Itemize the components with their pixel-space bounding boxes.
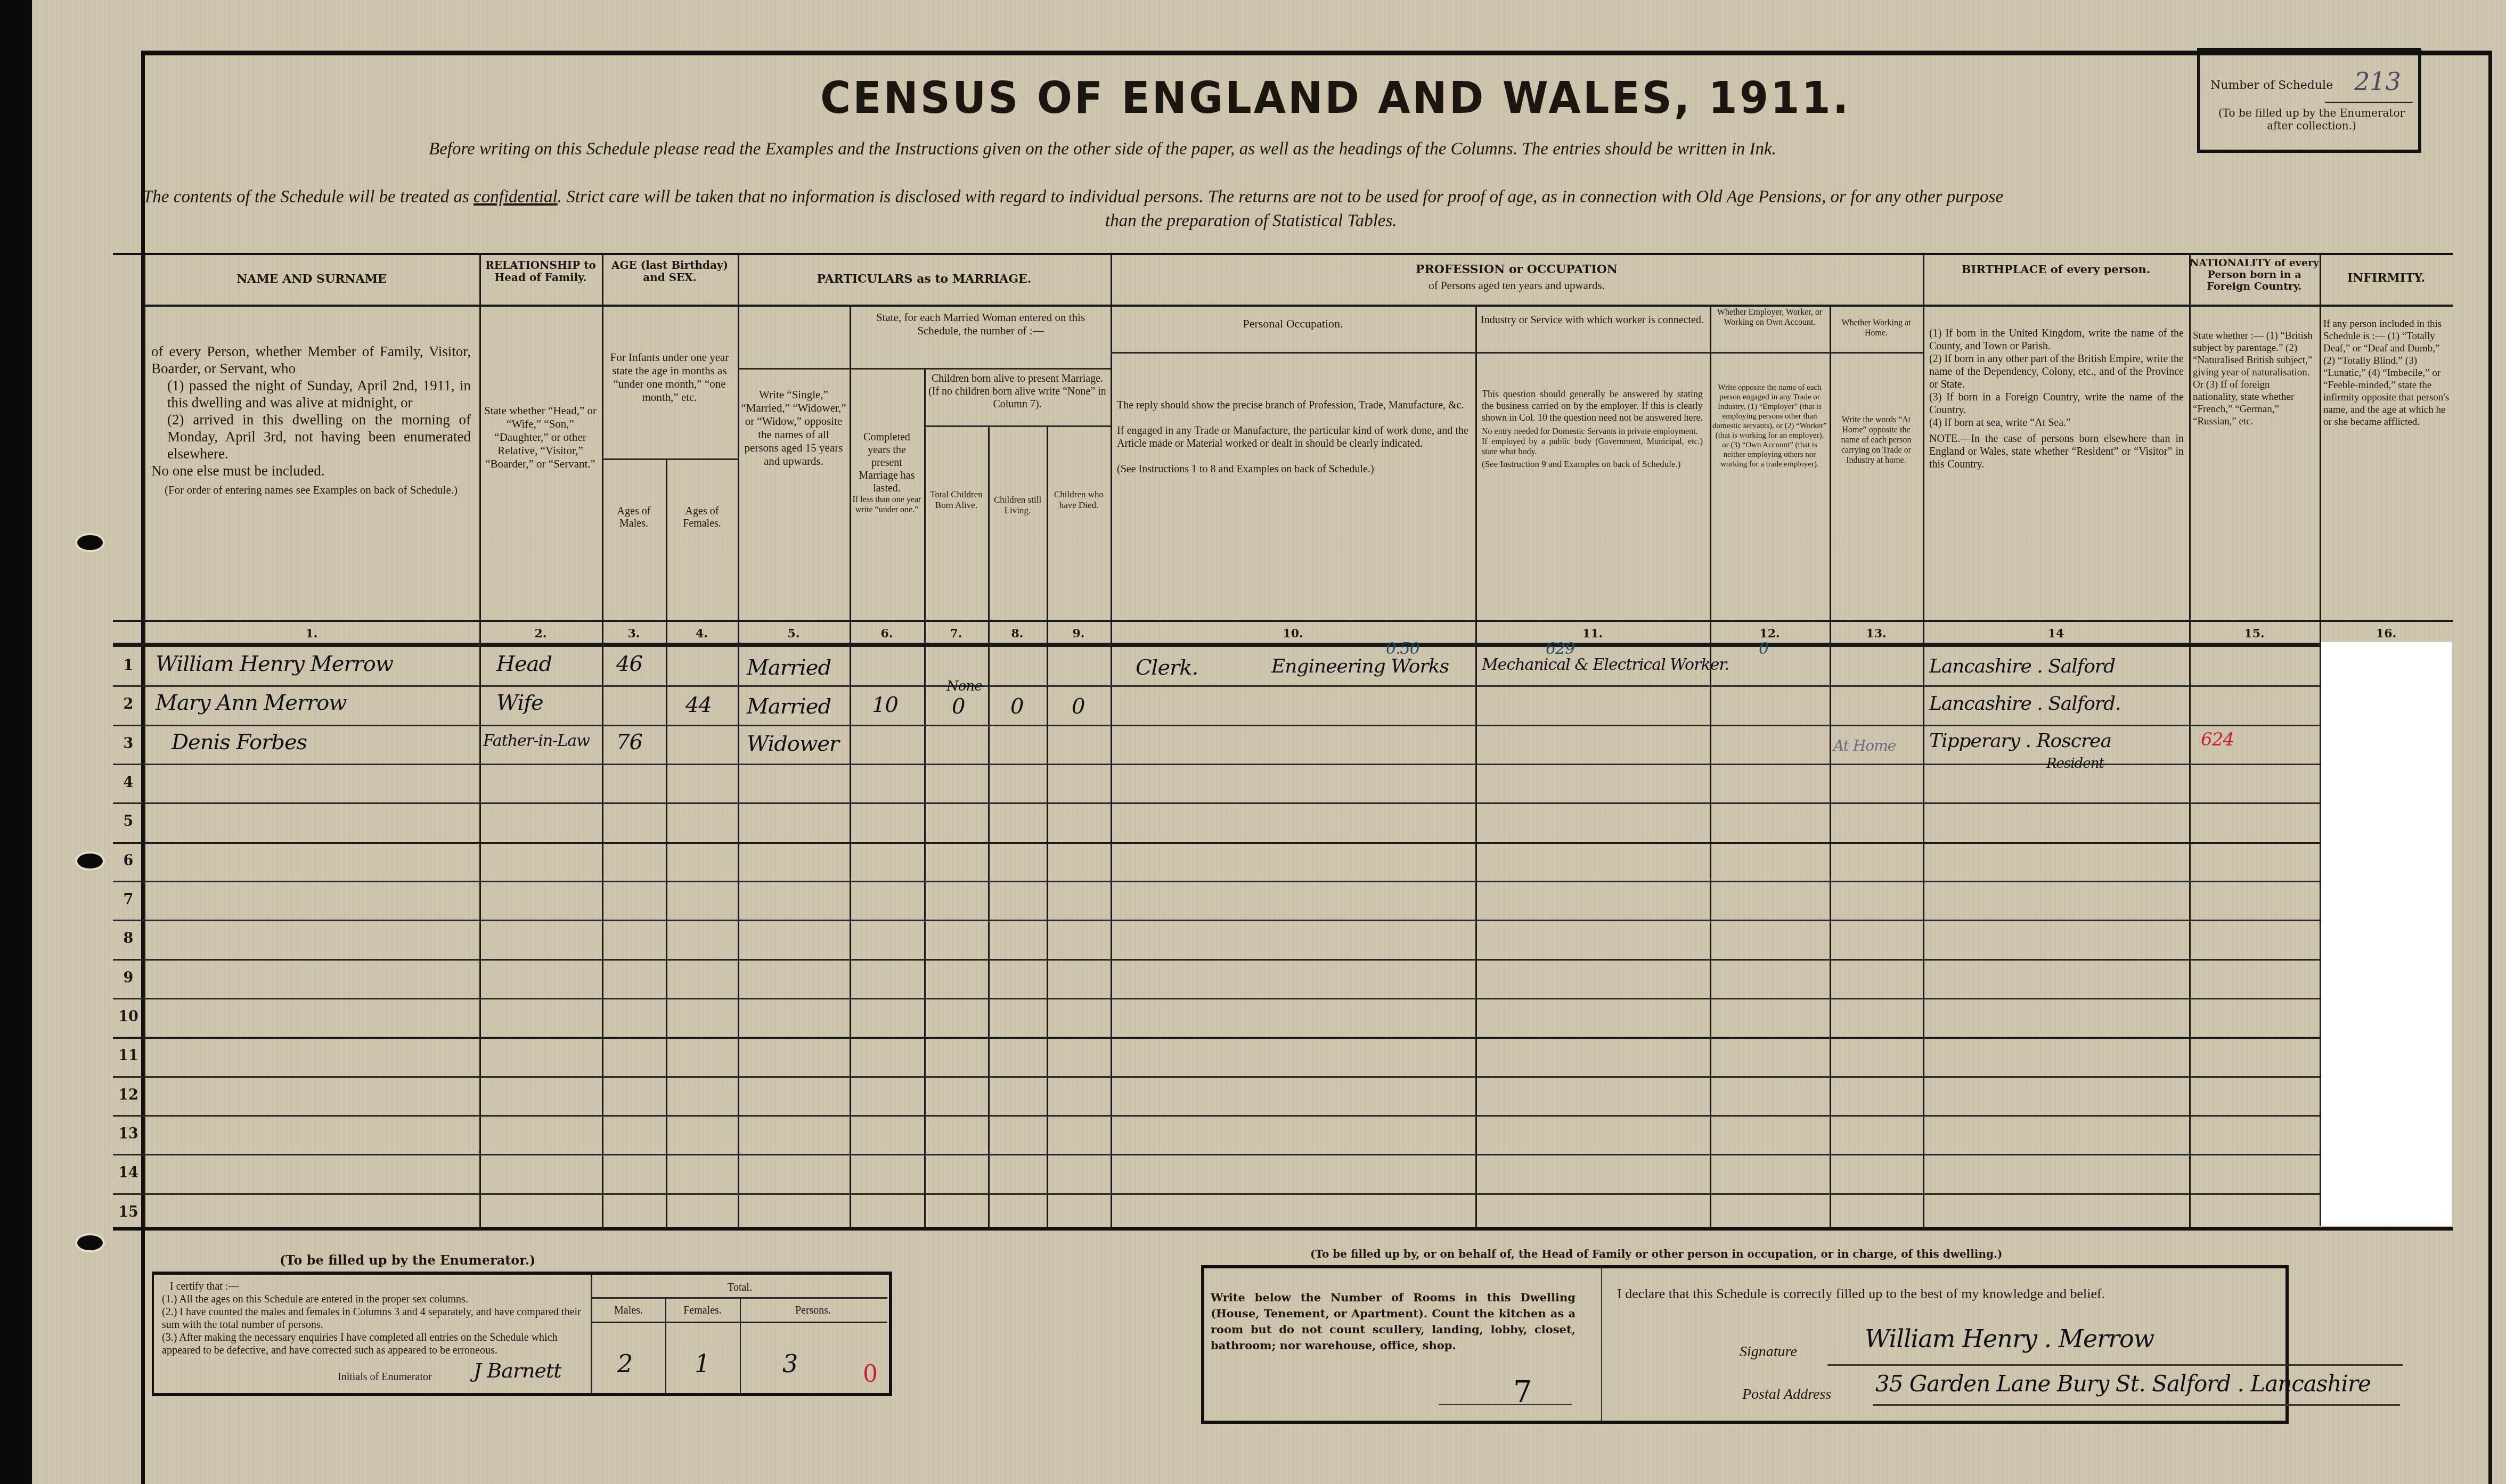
cell-relationship[interactable]: Wife: [496, 691, 543, 715]
divider: [738, 255, 739, 1227]
col1-item2: (2) arrived in this dwelling on the morn…: [151, 411, 471, 462]
intro-text: The contents of the Schedule will be tre…: [143, 187, 474, 207]
col14-instructions: (1) If born in the United Kingdom, write…: [1929, 327, 2184, 471]
col14-note: NOTE.—In the case of persons born elsewh…: [1929, 432, 2184, 471]
row-divider: [113, 1154, 2320, 1155]
persons-label: Persons.: [740, 1304, 886, 1317]
col10-body3: (See Instructions 1 to 8 and Examples on…: [1117, 463, 1468, 475]
enumerator-caption: (To be filled up by the Enumerator.): [280, 1252, 535, 1268]
col11-instructions: This question should generally be answer…: [1482, 388, 1703, 470]
divider: [988, 425, 990, 1227]
header-marriage: PARTICULARS as to MARRIAGE.: [738, 272, 1111, 286]
enumerator-box: I certify that :— (1.) All the ages on t…: [152, 1272, 892, 1396]
col1-body: of every Person, whether Member of Famil…: [151, 343, 471, 377]
column-number: 12.: [1710, 627, 1830, 641]
col10-title: Personal Occupation.: [1111, 316, 1475, 331]
col10-instructions: The reply should show the precise branch…: [1117, 399, 1468, 475]
schedule-number-note: (To be filled up by the Enumerator after…: [2208, 106, 2415, 132]
divider: [1830, 306, 1831, 1227]
head-of-family-box: Write below the Number of Rooms in this …: [1201, 1265, 2289, 1424]
signature[interactable]: William Henry . Merrow: [1865, 1324, 2154, 1353]
header-divider: [602, 458, 738, 460]
cell-marriage[interactable]: Married: [747, 694, 831, 719]
row-number: 15: [113, 1204, 144, 1220]
header-infirmity: INFIRMITY.: [2320, 271, 2453, 285]
married-woman-instructions: State, for each Married Woman entered on…: [853, 311, 1108, 338]
header-divider: [924, 425, 1111, 427]
cell-marriage[interactable]: Married: [747, 655, 831, 680]
header-name-surname: NAME AND SURNAME: [144, 272, 479, 286]
col4-sub: Ages of Females.: [667, 505, 737, 530]
total-persons[interactable]: 3: [782, 1349, 797, 1378]
row-number: 12: [113, 1087, 144, 1103]
cell-birthplace[interactable]: Tipperary . Roscrea: [1929, 730, 2111, 752]
col14-body1: (1) If born in the United Kingdom, write…: [1929, 327, 2184, 352]
col13-title: Whether Working at Home.: [1832, 318, 1920, 338]
cell-industry[interactable]: Engineering Works: [1271, 655, 1449, 677]
col3-sub: Ages of Males.: [603, 505, 664, 530]
col13-instructions: Write the words “At Home” opposite the n…: [1832, 415, 1920, 465]
signature-line: [1827, 1364, 2403, 1366]
row-number: 8: [113, 930, 144, 947]
row-divider: [113, 685, 2320, 687]
row-divider: [113, 881, 2320, 882]
cell-birthplace[interactable]: Lancashire . Salford: [1929, 655, 2115, 677]
col10-body1: The reply should show the precise branch…: [1117, 399, 1468, 412]
col9-instructions: Children who have Died.: [1048, 489, 1109, 511]
column-number: 8.: [988, 627, 1047, 641]
col7-instructions: Total Children Born Alive.: [926, 489, 987, 511]
col14-body2: (2) If born in any other part of the Bri…: [1929, 352, 2184, 391]
header-occupation: PROFESSION or OCCUPATION: [1111, 263, 1923, 276]
age-instructions: For Infants under one year state the age…: [606, 351, 733, 404]
cell-birthplace[interactable]: Lancashire . Salford.: [1929, 693, 2121, 715]
address-label: Postal Address: [1742, 1388, 1831, 1401]
intro-text: . Strict care will be taken that no info…: [558, 187, 2003, 207]
col5-instructions: Write “Single,” “Married,” “Widower,” or…: [740, 388, 847, 468]
cell-age-male[interactable]: 46: [616, 652, 642, 676]
cell-age-female[interactable]: 44: [685, 693, 712, 717]
row-divider: [113, 1193, 2320, 1195]
page-title: CENSUS OF ENGLAND AND WALES, 1911.: [820, 73, 1850, 124]
col14-body4: (4) If born at sea, write “At Sea.”: [1929, 416, 2184, 429]
row-number: 9: [113, 970, 144, 986]
intro-line-2: The contents of the Schedule will be tre…: [143, 187, 2003, 207]
divider: [1111, 255, 1112, 1227]
certify-item3: (3.) After making the necessary enquirie…: [162, 1331, 585, 1357]
column-number: 6.: [850, 627, 924, 641]
row-number: 4: [113, 774, 144, 791]
certify-item2: (2.) I have counted the males and female…: [162, 1306, 585, 1331]
divider: [1475, 306, 1477, 1227]
row-number: 13: [113, 1126, 144, 1142]
header-divider: [738, 368, 1111, 370]
enumerator-initials[interactable]: J Barnett: [474, 1359, 561, 1382]
column-number: 3.: [602, 627, 666, 641]
col2-instructions: State whether “Head,” or “Wife,” “Son,” …: [483, 404, 598, 471]
cell-children-living[interactable]: 0: [1010, 694, 1023, 719]
cell-name[interactable]: Mary Ann Merrow: [156, 691, 347, 715]
cell-age-male[interactable]: 76: [616, 730, 642, 755]
column-number: 10.: [1111, 627, 1475, 641]
header-divider: [1111, 352, 1923, 354]
row-number: 2: [113, 696, 144, 712]
row-divider: [113, 802, 2320, 804]
females-label: Females.: [665, 1304, 740, 1317]
intro-line-3: than the preparation of Statistical Tabl…: [1105, 211, 1397, 231]
punch-hole: [77, 1235, 103, 1250]
col6-note: If less than one year write “under one.”: [851, 495, 923, 515]
col14-body3: (3) If born in a Foreign Country, write …: [1929, 391, 2184, 416]
col8-instructions: Children still Living.: [990, 495, 1046, 516]
redaction-box: [2320, 642, 2452, 1226]
row-number: 14: [113, 1165, 144, 1181]
column-number: 5.: [738, 627, 850, 641]
punch-hole: [77, 854, 103, 868]
column-number: 7.: [924, 627, 988, 641]
col11-body4: (See Instruction 9 and Examples on back …: [1482, 459, 1703, 470]
confidential-word: confidential: [474, 187, 558, 207]
col12-title: Whether Employer, Worker, or Working on …: [1712, 307, 1827, 327]
header-divider: [144, 305, 2453, 307]
col11-body2: No entry needed for Domestic Servants in…: [1482, 427, 1703, 437]
header-age: AGE (last Birthday) and SEX.: [602, 259, 738, 284]
cell-industry-code: 0.50: [1386, 639, 1419, 658]
column-number: 1.: [144, 627, 479, 641]
col12-instructions: Write opposite the name of each person e…: [1712, 383, 1827, 469]
column-number: 4.: [666, 627, 738, 641]
header-nationality: NATIONALITY of every Person born in a Fo…: [2189, 257, 2320, 292]
col1-note: No one else must be included.: [151, 462, 471, 479]
males-label: Males.: [592, 1304, 665, 1317]
punch-hole: [77, 535, 103, 550]
signature-label: Signature: [1740, 1346, 1797, 1358]
row-number: 10: [113, 1009, 144, 1025]
enumerator-certify: I certify that :— (1.) All the ages on t…: [162, 1280, 585, 1357]
column-number: 9.: [1047, 627, 1111, 641]
col6-body: Completed years the present Marriage has…: [851, 431, 923, 495]
schedule-number-label: Number of Schedule: [2210, 79, 2333, 92]
column-number: 11.: [1475, 627, 1710, 641]
row-divider: [113, 959, 2320, 961]
row-divider: [113, 1037, 2320, 1039]
cell-employer-code: 629: [1546, 639, 1574, 658]
divider: [1710, 306, 1711, 1227]
cell-name[interactable]: Denis Forbes: [172, 730, 307, 755]
row-divider: [113, 1115, 2320, 1117]
rooms-instruction: Write below the Number of Rooms in this …: [1211, 1290, 1576, 1354]
divider: [592, 1322, 887, 1323]
postal-address[interactable]: 35 Garden Lane Bury St. Salford . Lancas…: [1875, 1371, 2371, 1397]
schedule-number-box: Number of Schedule 213 (To be filled up …: [2197, 48, 2421, 153]
cell-employer-status[interactable]: Mechanical & Electrical Worker.: [1482, 655, 1729, 674]
certify-item1: (1.) All the ages on this Schedule are e…: [162, 1293, 585, 1306]
cell-relationship[interactable]: Father-in-Law: [483, 732, 590, 750]
header-divider: [113, 643, 2320, 647]
cell-marriage[interactable]: Widower: [747, 732, 839, 756]
row-number: 5: [113, 813, 144, 830]
cell-years-married[interactable]: 10: [872, 693, 898, 717]
schedule-number-line: [2325, 102, 2413, 103]
col11-title: Industry or Service with which worker is…: [1479, 314, 1705, 326]
col15-instructions: State whether :— (1) “British subject by…: [2193, 330, 2316, 428]
row-number: 6: [113, 852, 144, 869]
schedule-number-value[interactable]: 213: [2354, 67, 2401, 96]
initials-label: Initials of Enumerator: [338, 1371, 432, 1383]
col1-instructions: of every Person, whether Member of Famil…: [151, 343, 471, 496]
divider: [2320, 255, 2321, 644]
divider: [2189, 255, 2191, 1227]
red-code-mark: 624: [2201, 729, 2234, 750]
row-number: 11: [113, 1047, 144, 1064]
col1-order: (For order of entering names see Example…: [151, 483, 471, 496]
col11-body3: If employed by a public body (Government…: [1482, 437, 1703, 457]
red-mark: 0: [863, 1360, 877, 1388]
intro-line-1: Before writing on this Schedule please r…: [429, 140, 1776, 159]
cell-children-born[interactable]: 0: [952, 694, 965, 719]
head-caption: (To be filled up by, or on behalf of, th…: [1310, 1248, 2002, 1260]
row-divider: [113, 1076, 2320, 1078]
col6-instructions: Completed years the present Marriage has…: [851, 431, 923, 515]
column-number: 16.: [2320, 627, 2453, 641]
cell-occupation[interactable]: Clerk.: [1136, 655, 1198, 680]
column-number: 14: [1923, 627, 2189, 641]
census-table: NAME AND SURNAME RELATIONSHIP to Head of…: [113, 253, 2453, 1231]
divider: [1601, 1268, 1602, 1421]
divider: [602, 255, 603, 1227]
cell-worker-code: 0: [1759, 639, 1768, 658]
header-divider: [113, 620, 2453, 622]
row-number: 3: [113, 735, 144, 752]
declaration-text: I declare that this Schedule is correctl…: [1617, 1288, 2105, 1300]
column-number: 13.: [1830, 627, 1923, 641]
col1-item1: (1) passed the night of Sunday, April 2n…: [151, 377, 471, 411]
row-divider: [113, 764, 2320, 765]
cell-children-died[interactable]: 0: [1072, 694, 1084, 719]
cell-at-home[interactable]: At Home: [1833, 737, 1896, 755]
row-divider: [113, 725, 2320, 726]
row-divider: [113, 920, 2320, 921]
row-divider: [113, 842, 2320, 844]
divider: [1923, 255, 1924, 1227]
total-label: Total.: [591, 1281, 889, 1294]
column-number: 15.: [2189, 627, 2320, 641]
col11-body1: This question should generally be answer…: [1482, 388, 1703, 423]
children-instructions: Children born alive to present Marriage.…: [927, 372, 1108, 411]
cell-birthplace-note: Resident: [2046, 756, 2104, 772]
certify-heading: I certify that :—: [162, 1280, 585, 1293]
total-females[interactable]: 1: [695, 1349, 709, 1378]
divider: [144, 255, 145, 1227]
cell-name[interactable]: William Henry Merrow: [156, 652, 393, 676]
rooms-line: [1439, 1404, 1572, 1405]
divider: [1047, 425, 1048, 1227]
column-number: 2.: [479, 627, 602, 641]
row-number: 1: [113, 657, 144, 674]
cell-relationship[interactable]: Head: [496, 652, 552, 676]
divider: [479, 255, 481, 1227]
cell-children-note: None: [946, 678, 982, 694]
col10-body2: If engaged in any Trade or Manufacture, …: [1117, 424, 1468, 450]
header-relationship: RELATIONSHIP to Head of Family.: [479, 259, 602, 284]
total-males[interactable]: 2: [617, 1349, 632, 1378]
row-divider: [113, 998, 2320, 999]
col16-instructions: If any person included in this Schedule …: [2323, 318, 2450, 428]
row-number: 7: [113, 891, 144, 908]
header-birthplace: BIRTHPLACE of every person.: [1923, 263, 2189, 276]
header-occupation-sub: of Persons aged ten years and upwards.: [1111, 278, 1923, 293]
address-line: [1873, 1404, 2400, 1406]
